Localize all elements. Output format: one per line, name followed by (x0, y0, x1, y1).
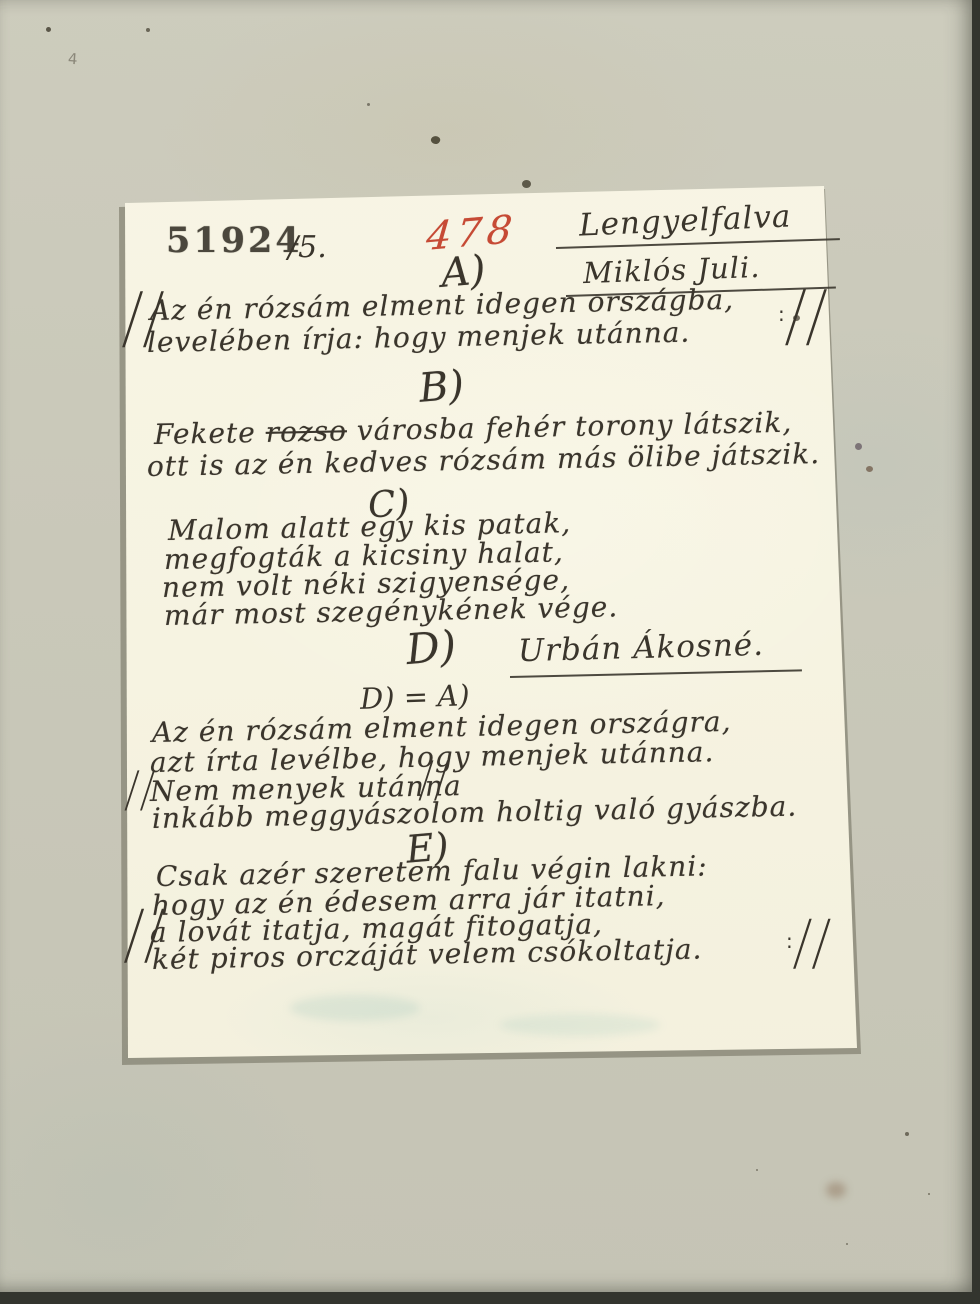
dirt-speck (146, 28, 150, 32)
dirt-speck (522, 180, 531, 188)
ink-smudge (500, 1014, 660, 1036)
archive-number-suffix: /5. (288, 230, 327, 265)
ink-smudge (290, 995, 420, 1021)
informant-name-2: Urbán Ákosné. (518, 627, 765, 669)
dirt-speck (855, 443, 862, 450)
dirt-speck (905, 1132, 909, 1136)
dirt-speck (866, 466, 873, 472)
repeat-close-mark: || (420, 760, 451, 796)
section-label-d: D) (404, 621, 458, 674)
pencil-mark: 4 (67, 50, 78, 69)
dirt-speck (46, 27, 51, 32)
section-label-b: B) (417, 362, 466, 412)
struck-word: rozso (265, 414, 347, 449)
repeat-close-mark: : || (786, 918, 832, 963)
archive-stamp-number: 51924 (166, 220, 303, 261)
stain (826, 1182, 846, 1198)
manuscript-scan: 4 51924 /5. 478 Lengyelfalva Miklós Juli… (0, 0, 980, 1304)
dirt-speck (367, 103, 370, 106)
repeat-close-mark: : || (778, 289, 828, 339)
